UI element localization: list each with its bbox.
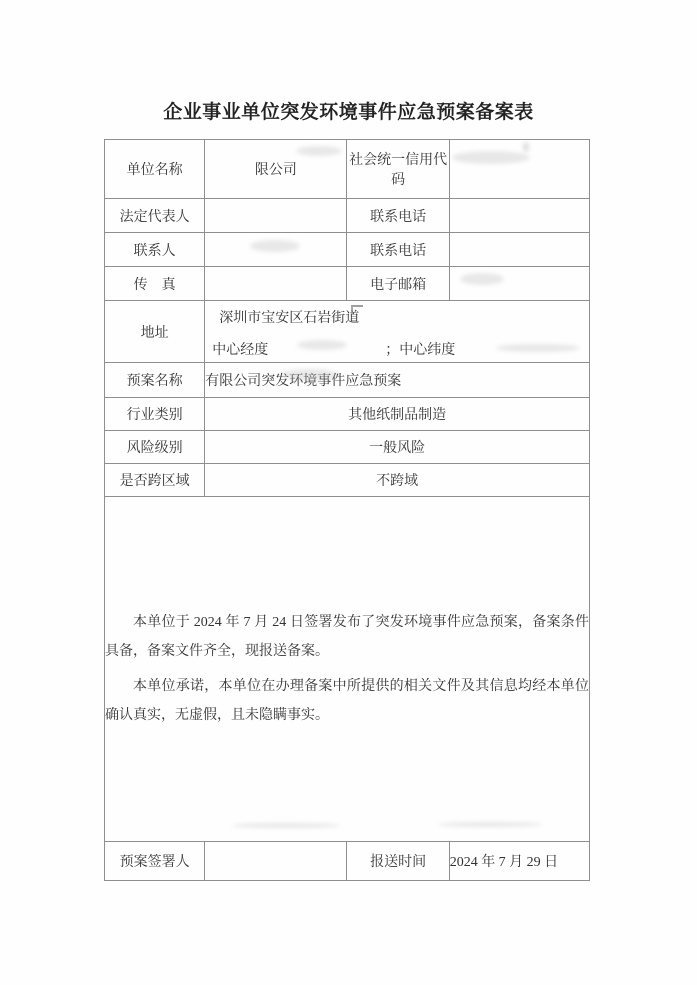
legal-rep-phone-value: [449, 199, 589, 233]
cross-region-value: 不跨域: [205, 464, 590, 497]
redaction-smudge: [438, 822, 542, 827]
industry-value: 其他纸制品制造: [205, 398, 590, 431]
signer-value: [205, 842, 347, 881]
signer-label: 预案签署人: [105, 842, 205, 881]
legal-rep-label: 法定代表人: [105, 199, 205, 233]
redaction-smudge: [232, 823, 340, 828]
redaction-smudge: [250, 240, 300, 252]
longitude-label: 中心经度: [212, 343, 268, 358]
redaction-smudge: [296, 146, 342, 156]
email-label: 电子邮箱: [347, 267, 449, 301]
row-contact: 联系人 联系电话: [105, 233, 590, 267]
coordinate-separator: ；: [385, 343, 399, 358]
credit-code-value: [449, 140, 589, 199]
risk-level-value: 一般风险: [205, 431, 590, 464]
row-unit-name: 单位名称 限公司 社会统一信用代码: [105, 140, 590, 199]
latitude-label: 中心纬度: [399, 343, 455, 358]
row-industry: 行业类别 其他纸制品制造: [105, 398, 590, 431]
row-legal-rep: 法定代表人 联系电话: [105, 199, 590, 233]
row-risk-level: 风险级别 一般风险: [105, 431, 590, 464]
document-page: 企业事业单位突发环境事件应急预案备案表 单位名称 限公司 社会统一信用代码 法定…: [0, 0, 697, 985]
filing-form-table: 单位名称 限公司 社会统一信用代码 法定代表人 联系电话 联系人 联系电话 传 …: [104, 139, 590, 881]
industry-label: 行业类别: [105, 398, 205, 431]
fax-value: [205, 267, 347, 301]
redaction-smudge: [460, 273, 504, 285]
address-label: 地址: [105, 301, 205, 363]
address-value: 深圳市宝安区石岩街道: [219, 308, 589, 330]
row-cross-region: 是否跨区域 不跨域: [105, 464, 590, 497]
redaction-smudge: [297, 340, 347, 350]
contact-phone-value: [449, 233, 589, 267]
contact-phone-label: 联系电话: [347, 233, 449, 267]
plan-name-value: 有限公司突发环境事件应急预案: [205, 363, 590, 398]
statement-paragraph-2: 本单位承诺，本单位在办理备案中所提供的相关文件及其信息均经本单位确认真实，无虚假…: [105, 672, 589, 730]
redaction-smudge: [496, 344, 580, 352]
submit-time-value: 2024 年 7 月 29 日: [449, 842, 589, 881]
redaction-smudge: [523, 142, 529, 152]
row-address: 地址 深圳市宝安区石岩街道 中心经度；中心纬度: [105, 301, 590, 363]
row-fax: 传 真 电子邮箱: [105, 267, 590, 301]
form-title: 企业事业单位突发环境事件应急预案备案表: [0, 97, 697, 124]
redaction-smudge: [452, 151, 530, 164]
row-signature: 预案签署人 报送时间 2024 年 7 月 29 日: [105, 842, 590, 881]
credit-code-label: 社会统一信用代码: [347, 140, 449, 199]
contact-label: 联系人: [105, 233, 205, 267]
row-plan-name: 预案名称 有限公司突发环境事件应急预案: [105, 363, 590, 398]
risk-level-label: 风险级别: [105, 431, 205, 464]
statement-paragraph-1: 本单位于 2024 年 7 月 24 日签署发布了突发环境事件应急预案，备案条件…: [105, 608, 589, 666]
declaration-statement: 本单位于 2024 年 7 月 24 日签署发布了突发环境事件应急预案，备案条件…: [105, 497, 590, 842]
submit-time-label: 报送时间: [347, 842, 449, 881]
row-statement: 本单位于 2024 年 7 月 24 日签署发布了突发环境事件应急预案，备案条件…: [105, 497, 590, 842]
unit-name-label: 单位名称: [105, 140, 205, 199]
fax-label: 传 真: [105, 267, 205, 301]
plan-name-label: 预案名称: [105, 363, 205, 398]
redacted-text-remnant: [351, 305, 363, 314]
legal-rep-value: [205, 199, 347, 233]
address-value-cell: 深圳市宝安区石岩街道 中心经度；中心纬度: [205, 301, 590, 363]
cross-region-label: 是否跨区域: [105, 464, 205, 497]
legal-rep-phone-label: 联系电话: [347, 199, 449, 233]
redaction-smudge: [281, 369, 339, 381]
